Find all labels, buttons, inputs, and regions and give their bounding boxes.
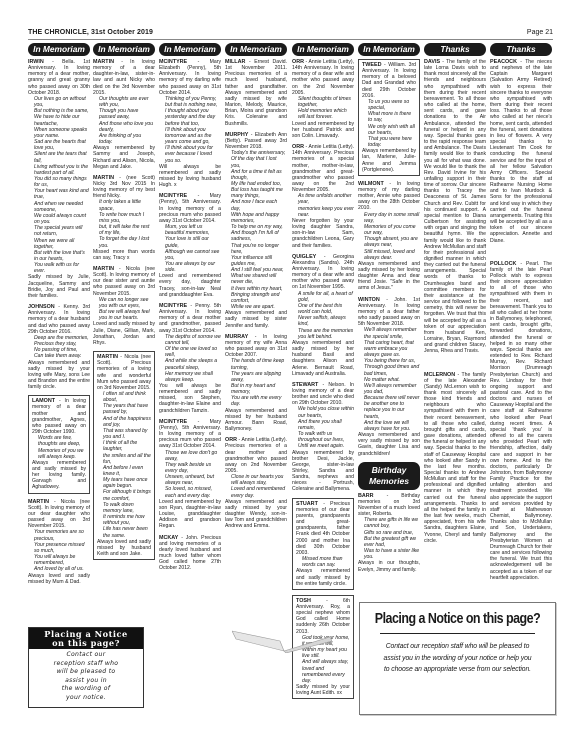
notice-signoff: Always remembered and sadly missed by si… [225, 310, 287, 328]
section-header-in-memoriam: In Memoriam [93, 43, 155, 56]
notice-text: - The nieces and nephews of the late Cap… [490, 59, 552, 244]
notice-surname: PEACOCK [490, 59, 517, 65]
notice: IRWIN - Bella. 1st Anniversary. In lovin… [28, 59, 90, 299]
notice-signoff: Always loved and sadly missed by husband… [97, 539, 151, 557]
notice-text: - Georgina Alexandra (Sandra). 24th Anni… [292, 254, 354, 291]
notice-verse: Missed more than words can say. [296, 556, 350, 568]
notice-text: - The family of the late Alexander (Sand… [424, 372, 486, 544]
notice: MURPHY - Elizabeth Ann (Betty). Passed a… [225, 132, 287, 329]
page-number: Page 21 [527, 29, 553, 36]
notice: POLLOCK - Pearl. The family of the late … [490, 261, 552, 581]
notice: MARTIN - Nicola (nee Scott). In loving m… [93, 266, 155, 346]
notice-signoff: Always remembered and sadly missed by th… [296, 568, 350, 586]
notice-verse: Words are few, thoughts are deep,Memorie… [32, 435, 86, 460]
notice-signoff: Loved and sadly missed by Julie, Diane, … [93, 321, 155, 346]
notice: DAVIS - The family of the late Lorna Dav… [424, 59, 486, 355]
notice-signoff: Always remembered by Ian, Marlene, Julie… [362, 148, 416, 173]
section-header-in-memoriam: In Memoriam [292, 43, 354, 56]
notice-signoff: Loved and remembered every day, daughter… [159, 273, 221, 298]
placing-notice-box-large: Placing a Notice on this page? Contact o… [359, 602, 556, 715]
placing-notice-body: Contact our reception staff who will be … [29, 649, 143, 702]
masthead: THE CHRONICLE, 31st October 2019 Page 21 [28, 29, 553, 40]
notice: MARTIN - Nicola (nee Scott). Precious me… [93, 351, 155, 560]
notice-verse: I often sit and think about,The years th… [97, 391, 151, 539]
notice: MARTIN - (nee Scott) Nicky 3rd Nov 2015 … [93, 175, 155, 261]
notice-surname: LAMONT [32, 398, 55, 404]
notice-verse: Thinking of you Penny, but that is nothi… [159, 96, 221, 164]
column-6: In Memoriam TWEED - William. 3rd Anniver… [358, 43, 420, 578]
notice-surname: QUIGLEY [292, 254, 316, 260]
notice-surname: JOHNSON [28, 304, 55, 310]
notice-surname: MCINTYRE [159, 303, 187, 309]
notice-verse: Every day in some small way,Memories of … [358, 212, 420, 261]
notice-signoff: Always remembered and sadly missed by he… [358, 261, 420, 292]
notice-signoff: Always remembered and missed by her husb… [225, 408, 287, 433]
notice-verse: Your memories are so precious,Your prese… [28, 529, 90, 572]
newspaper-date: THE CHRONICLE, 31st October 2019 [28, 29, 153, 36]
notice-verse: Those we love don't go away,They walk be… [159, 450, 221, 499]
notice-verse: Close in our hearts you will always stay… [225, 474, 287, 499]
notice-surname: MARTIN [93, 175, 114, 181]
notice-signoff: Always remembered and very sadly missed … [358, 432, 420, 457]
spacer [490, 249, 552, 261]
notice-signoff: Always loved and sadly missed by Mum & D… [28, 573, 90, 585]
notice-surname: ORR [225, 437, 237, 443]
notice-signoff: Sadly missed by Julie, Jacqueline, Sammy… [28, 274, 90, 299]
notice: WILMONT - In loving memory of my darling… [358, 181, 420, 292]
notice: MCKAY - John. Precious and loving memori… [159, 535, 221, 572]
placing-notice-heading: Placing a Notice on this page? [374, 603, 542, 627]
notice-text: - Mary Elizabeth (Penny), 5th Anniversar… [159, 59, 221, 96]
notice: JOHNSON - Kenny. 3rd Anniversary. In lov… [28, 304, 90, 390]
notice-text: - Annie Letitia (Letty). 14th Anniversar… [292, 144, 354, 193]
notice-text: - Ernest David. 1st November 2011. Preci… [225, 59, 287, 127]
notice-text: - In loving memory of a dear mother and … [32, 398, 86, 435]
notice-surname: TWEED [362, 62, 381, 68]
section-header-in-memoriam: In Memoriam [159, 43, 221, 56]
notice-surname: MARTIN [93, 59, 114, 65]
notice-surname: WINTON [358, 297, 380, 303]
notice-surname: MARTIN [28, 499, 49, 505]
placing-notice-box-small: Placing a Notice on this page? Contact o… [28, 627, 144, 708]
notice-surname: MURPHY [225, 132, 248, 138]
notice-verse: It only takes a little space,To write ho… [93, 199, 155, 248]
notice-signoff: Always remembered and sadly missed by yo… [225, 499, 287, 530]
notice-signoff: Will always be remembered and sadly miss… [159, 164, 221, 189]
notice-verse: Our thoughts are ever with you,Though yo… [93, 96, 155, 145]
notice-text: - Annie Letitia (Letty), 14th Anniversar… [292, 59, 354, 96]
notice-surname: MCKAY [159, 535, 178, 541]
notice-surname: WILMONT [358, 181, 384, 187]
notice-verse: As time unfolds another year,memories ke… [292, 193, 354, 218]
notice-verse: We'll always remember the special smile,… [358, 327, 420, 432]
notice: PEACOCK - The nieces and nephews of the … [490, 59, 552, 244]
notice-surname: MILLAR [225, 59, 245, 65]
notice-signoff: Always remembered by brother Desi, Jacki… [292, 450, 354, 493]
notice-verse: Silent thoughts of times together,Hold m… [292, 96, 354, 121]
notice: LAMONT - In loving memory of a dear moth… [28, 395, 90, 493]
notice-text: - Annie Letitia (Letty). Precious memori… [225, 437, 287, 474]
notice-signoff: Sadly missed by your loving Aunt Edith. … [296, 684, 350, 696]
notice-signoff: Always remembered by Sammy and Joseph, R… [93, 145, 155, 170]
column-2: In Memoriam MARTIN - In loving memory of… [93, 43, 155, 565]
notice: MCINTYRE - Mary (Penny), 5th Anniversary… [159, 419, 221, 530]
notice: STUART - Precious memories of our dear p… [292, 498, 354, 590]
column-7: Thanks DAVIS - The family of the late Lo… [424, 43, 486, 549]
notice-surname: DAVIS [424, 59, 440, 65]
notice-text: - In loving memory of a dear daughter-in… [93, 59, 155, 96]
notice-surname: ORR [292, 144, 304, 150]
notice-surname: MCINTYRE [159, 59, 187, 65]
column-4: In Memoriam MILLAR - Ernest David. 1st N… [225, 43, 287, 535]
notice: BARR - Birthday memories on 3rd November… [358, 493, 420, 573]
notice-verse: Mum, you left us beautiful memories,Your… [159, 224, 221, 273]
notice-signoff: Always remembered and sadly missed by he… [32, 460, 86, 491]
notice-verse: We hold you close within our hearts,And … [292, 406, 354, 449]
notice-signoff: You will always be remembered and sadly … [159, 383, 221, 414]
section-header-in-memoriam: In Memoriam [225, 43, 287, 56]
notice-signoff: Loved and remembered by son Ryan, daught… [159, 499, 221, 530]
notice-signoff: Never forgotten by your loving daughter … [292, 218, 354, 249]
notice: MCINTYRE - Mary Elizabeth (Penny), 5th A… [159, 59, 221, 188]
spacer [424, 360, 486, 372]
notice-signoff: Always remembered and sadly missed by yo… [28, 360, 90, 391]
notice-verse: There are gifts in life we cannot buy,Gi… [358, 517, 420, 560]
notice-signoff: Always in our thoughts, Evelyn, Jimmy an… [358, 560, 420, 572]
notice-signoff: Always remembered and sadly missed by he… [292, 340, 354, 377]
section-header-birthday-memories: BirthdayMemories [358, 462, 420, 490]
notice-verse: We can no longer see you with our eyes,B… [93, 297, 155, 322]
notice-signoff: Loved and remembered by her husband Patr… [292, 121, 354, 139]
notice: ORR - Annie Letitia (Letty). Precious me… [225, 437, 287, 529]
notice-verse: Our lives go on without you,But nothing … [28, 96, 90, 275]
notice-surname: MURRAY [225, 334, 248, 340]
notice-text: - Nicola (nee Scott). Precious memories … [97, 354, 151, 391]
notice: MCINTYRE - Mary (Penny), 5th Anniversary… [159, 193, 221, 298]
notice-surname: MCINTYRE [159, 193, 187, 199]
notice-surname: MARTIN [93, 266, 114, 272]
notice-verse: The depths of sorrow we cannot tell,Of t… [159, 334, 221, 383]
notice-surname: ORR [292, 59, 304, 65]
notice: MCINTYRE - Penny. 5th Anniversary. In lo… [159, 303, 221, 414]
notice: MARTIN - In loving memory of a dear daug… [93, 59, 155, 170]
notice-surname: MCINTYRE [159, 419, 187, 425]
notice: ORR - Annie Letitia (Letty). 14th Annive… [292, 144, 354, 249]
notice-text: - Bella. 1st Anniversary. In loving memo… [28, 59, 90, 96]
notice-surname: MCLERNON [424, 372, 455, 378]
section-header-thanks: Thanks [490, 43, 552, 56]
placing-notice-text: Contact our reception staff who will be … [368, 634, 547, 675]
notice-surname: TOSH [296, 598, 311, 604]
notice-signoff: Missed more than words can say, Tracy x [93, 249, 155, 261]
notice: MURRAY - In loving memory of my wife Ann… [225, 334, 287, 433]
notice-surname: BARR [358, 493, 374, 499]
notice: MILLAR - Ernest David. 1st November 2011… [225, 59, 287, 127]
notice: STEWART - Nelson. In loving memory of a … [292, 382, 354, 493]
notice: MARTIN - Nicola (nee Scott). In loving m… [28, 499, 90, 585]
notice: ORR - Annie Letitia (Letty), 14th Annive… [292, 59, 354, 139]
notice-surname: STUART [296, 501, 318, 507]
notice-verse: The hands of time keep turning,The years… [225, 358, 287, 407]
notice-surname: IRWIN [28, 59, 44, 65]
column-5: In Memoriam ORR - Annie Letitia (Letty),… [292, 43, 354, 704]
notice: TWEED - William. 3rd Anniversary. In lov… [358, 59, 420, 176]
notice-text: - The family of the late Lorna Davis wis… [424, 59, 486, 354]
section-header-in-memoriam: In Memoriam [28, 43, 90, 56]
notice-verse: A smile for all, a heart of gold,One of … [292, 291, 354, 340]
open-book-graphic [232, 625, 332, 653]
notice-verse: To us you were so special,What more is t… [362, 99, 416, 148]
notice-text: - Precious memories of our dear parents,… [296, 501, 350, 556]
placing-notice-title: Placing a Notice on this page? [29, 628, 143, 649]
column-1: In Memoriam IRWIN - Bella. 1st Anniversa… [28, 43, 90, 590]
column-3: In Memoriam MCINTYRE - Mary Elizabeth (P… [159, 43, 221, 577]
notice-text: - Pearl. The family of the late Pearl Po… [490, 261, 552, 581]
notice-surname: STEWART [292, 382, 318, 388]
notice-surname: POLLOCK [490, 261, 516, 267]
section-header-in-memoriam: In Memoriam [358, 43, 420, 56]
notice-verse: Today's the anniversary,Of the day that … [225, 150, 287, 310]
notice-text: - William. 3rd Anniversary. In loving me… [362, 62, 416, 99]
notice: MCLERNON - The family of the late Alexan… [424, 372, 486, 544]
column-8: Thanks PEACOCK - The nieces and nephews … [490, 43, 552, 586]
section-header-thanks: Thanks [424, 43, 486, 56]
notice-surname: MARTIN [97, 354, 118, 360]
notice-text: - John. Precious and loving memories of … [159, 535, 221, 572]
notice: QUIGLEY - Georgina Alexandra (Sandra). 2… [292, 254, 354, 377]
notice-verse: Deep are the memories,Precious they stay… [28, 335, 90, 360]
notice: WINTON - John. 1st Anniversary. In lovin… [358, 297, 420, 457]
